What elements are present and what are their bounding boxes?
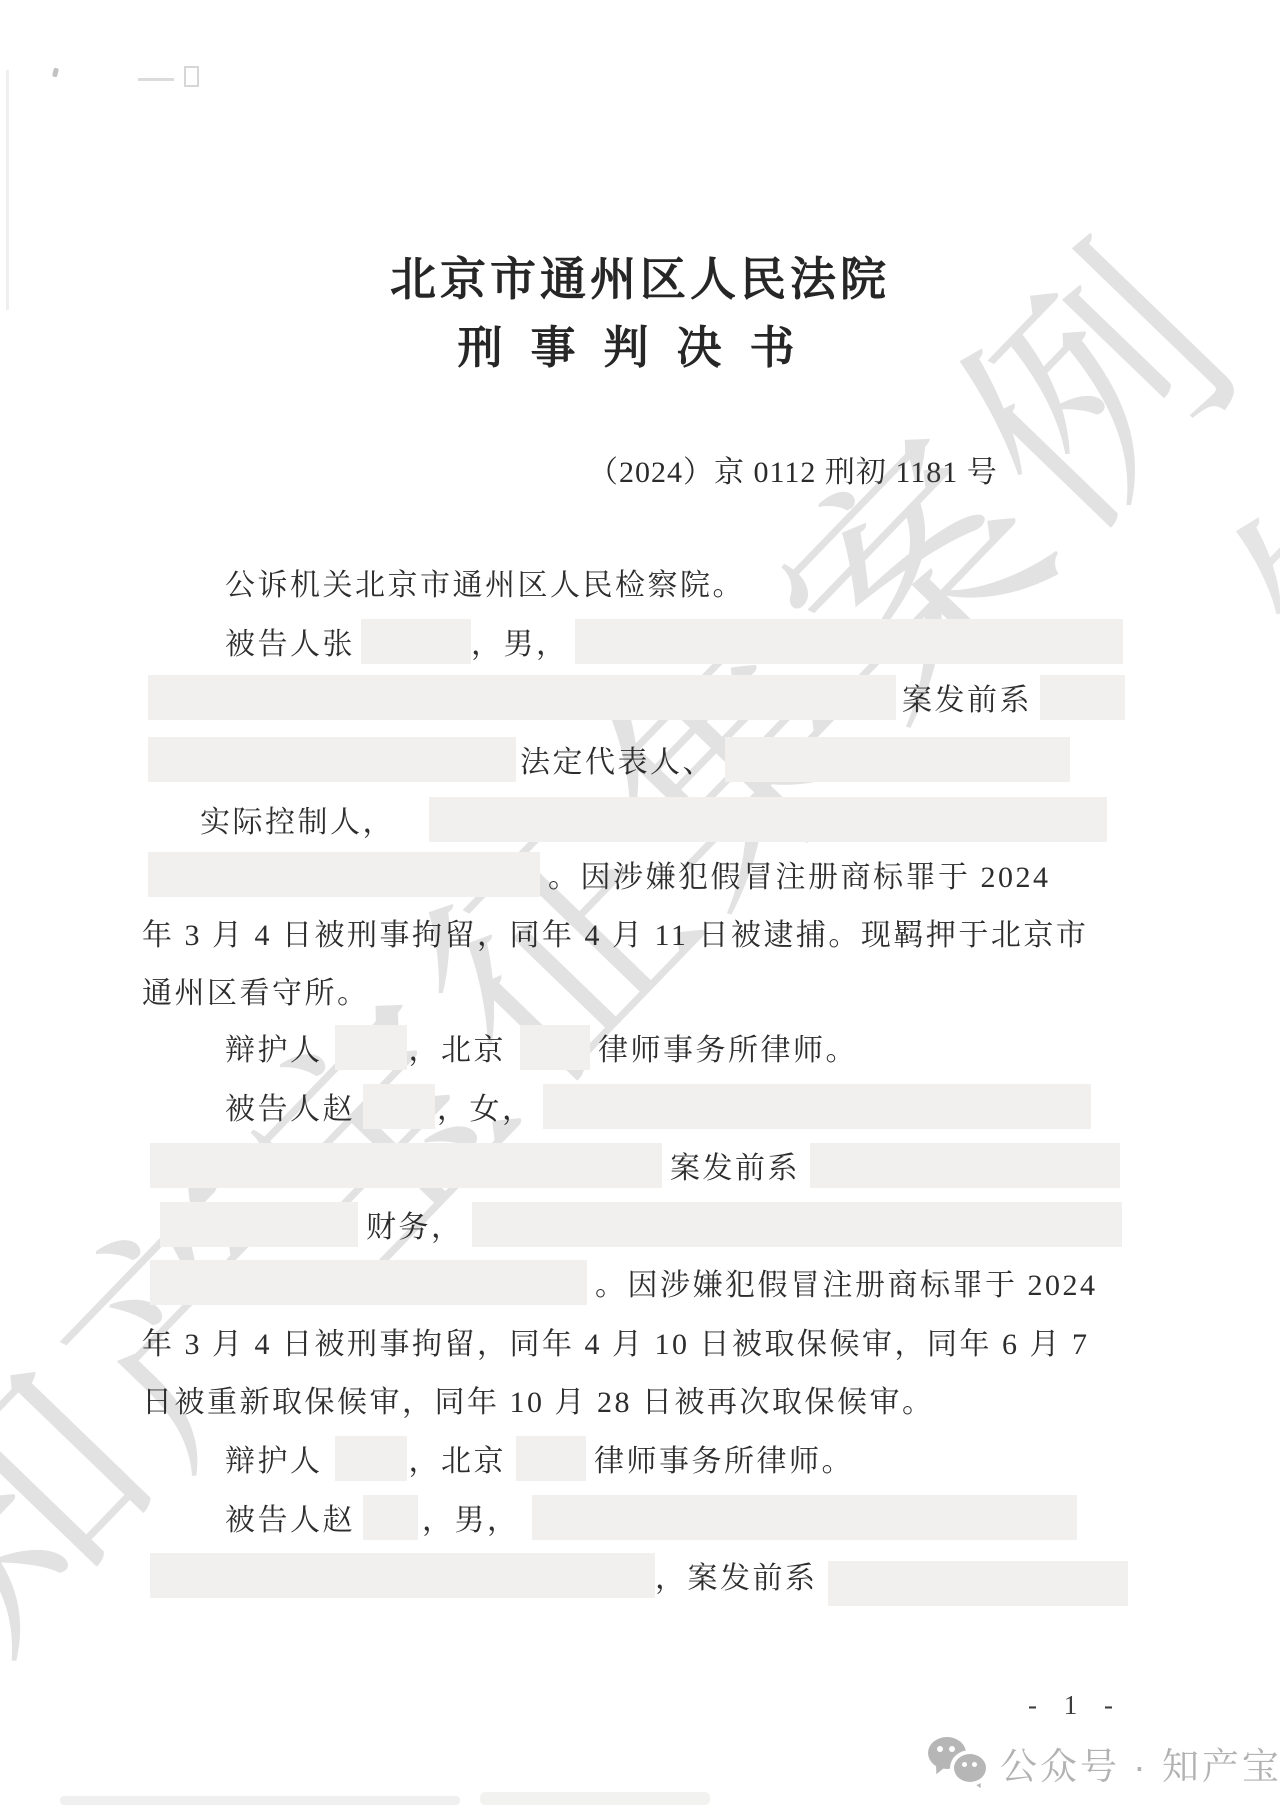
redaction-box	[543, 1084, 1091, 1129]
defendant2-gender-text: ，女，	[437, 1084, 535, 1128]
redaction-box	[516, 1436, 586, 1481]
body-line: 被告人赵 ，男，	[225, 1493, 1077, 1541]
defendant3-gender-text: ，男，	[422, 1495, 520, 1539]
diagonal-watermark-partial: 知	[1205, 384, 1280, 734]
bail-renewed-text: 日被重新取保候审，同年 10 月 28 日被再次取保候审。	[142, 1377, 935, 1421]
body-line: 财务，	[160, 1200, 1122, 1248]
defender1-firm-suffix: 律师事务所律师。	[598, 1025, 858, 1069]
redaction-box	[828, 1561, 1128, 1606]
redaction-box	[363, 1495, 418, 1540]
redaction-box	[361, 619, 471, 664]
bail-text: 年 3 月 4 日被刑事拘留，同年 4 月 10 日被取保候审，同年 6 月 7	[142, 1319, 1090, 1363]
charge-text: 。因涉嫌犯假冒注册商标罪于 2024	[595, 1260, 1098, 1304]
defender2-firm-suffix: 律师事务所律师。	[594, 1436, 854, 1480]
body-line: 。因涉嫌犯假冒注册商标罪于 2024	[150, 1258, 1098, 1306]
document-type-title: 刑事判决书	[457, 311, 822, 376]
scan-smudge-artifact	[480, 1792, 710, 1805]
scan-mark-artifact	[52, 68, 59, 78]
redaction-box	[472, 1202, 1122, 1247]
body-line: 年 3 月 4 日被刑事拘留，同年 4 月 10 日被取保候审，同年 6 月 7	[142, 1317, 1090, 1365]
body-line: 日被重新取保候审，同年 10 月 28 日被再次取保候审。	[142, 1375, 935, 1423]
defendant2-text: 被告人赵	[225, 1084, 355, 1128]
wechat-icon	[928, 1737, 992, 1789]
defendant1-gender-text: ，男，	[471, 619, 569, 663]
body-line: 实际控制人，	[200, 795, 1107, 843]
redaction-box	[363, 1084, 435, 1129]
redaction-box	[160, 1202, 358, 1247]
scan-mark-artifact	[184, 66, 199, 87]
body-line: 被告人赵 ，女，	[225, 1082, 1091, 1130]
defender2-firm-prefix: ，北京	[409, 1436, 507, 1480]
redaction-box	[150, 1553, 655, 1598]
body-line: 辩护人 ，北京 律师事务所律师。	[225, 1023, 858, 1071]
wechat-footer: 公众号 · 知产宝	[928, 1736, 1280, 1790]
finance-text: 财务，	[366, 1202, 464, 1246]
body-line: 通州区看守所。	[142, 966, 370, 1014]
before-case-text: ，案发前系	[655, 1553, 818, 1597]
redaction-box	[1040, 675, 1125, 720]
redaction-box	[148, 852, 540, 897]
before-case-text: 案发前系	[902, 675, 1032, 719]
redaction-box	[148, 737, 516, 782]
redaction-box	[335, 1025, 407, 1070]
body-line: 。因涉嫌犯假冒注册商标罪于 2024	[148, 850, 1051, 898]
redaction-box	[335, 1436, 407, 1481]
actual-controller-text: 实际控制人，	[200, 797, 395, 841]
defender2-text: 辩护人	[225, 1436, 323, 1480]
case-number: （2024）京 0112 刑初 1181 号	[588, 447, 998, 491]
wechat-account-label: 公众号 · 知产宝	[1000, 1736, 1280, 1790]
redaction-box	[150, 1260, 587, 1305]
redaction-box	[429, 797, 1107, 842]
redaction-box	[150, 1143, 662, 1188]
redaction-box	[575, 619, 1123, 664]
body-line: ，案发前系	[150, 1551, 1128, 1599]
judgment-page: 知产宝征集案例 知 北京市通州区人民法院 刑事判决书 （2024）京 0112 …	[0, 0, 1280, 1810]
redaction-box	[148, 675, 896, 720]
defendant3-text: 被告人赵	[225, 1495, 355, 1539]
legal-representative-text: 法定代表人、	[520, 737, 715, 781]
court-name-title: 北京市通州区人民法院	[390, 243, 890, 309]
prosecutor-text: 公诉机关北京市通州区人民检察院。	[225, 560, 745, 604]
body-line: 被告人张 ，男，	[225, 617, 1123, 665]
detention-place-text: 通州区看守所。	[142, 968, 370, 1012]
redaction-box	[810, 1143, 1120, 1188]
before-case-text: 案发前系	[670, 1143, 800, 1187]
body-line: 法定代表人、	[148, 735, 1070, 783]
body-line: 案发前系	[148, 673, 1125, 721]
body-line: 案发前系	[150, 1141, 1120, 1189]
defendant1-text: 被告人张	[225, 619, 355, 663]
scan-smudge-artifact	[60, 1796, 460, 1805]
defender1-text: 辩护人	[225, 1025, 323, 1069]
scan-edge-artifact	[6, 70, 9, 310]
redaction-box	[725, 737, 1070, 782]
defender1-firm-prefix: ，北京	[409, 1025, 507, 1069]
redaction-box	[520, 1025, 590, 1070]
redaction-box	[532, 1495, 1077, 1540]
body-line: 年 3 月 4 日被刑事拘留，同年 4 月 11 日被逮捕。现羁押于北京市	[142, 908, 1088, 956]
scan-mark-artifact	[138, 78, 174, 81]
charge-text: 。因涉嫌犯假冒注册商标罪于 2024	[548, 852, 1051, 896]
wechat-bubble-small	[950, 1750, 990, 1786]
body-line: 公诉机关北京市通州区人民检察院。	[225, 558, 745, 606]
page-number: - 1 -	[1028, 1690, 1123, 1721]
body-line: 辩护人 ，北京 律师事务所律师。	[225, 1434, 854, 1482]
detention-text: 年 3 月 4 日被刑事拘留，同年 4 月 11 日被逮捕。现羁押于北京市	[142, 910, 1088, 954]
